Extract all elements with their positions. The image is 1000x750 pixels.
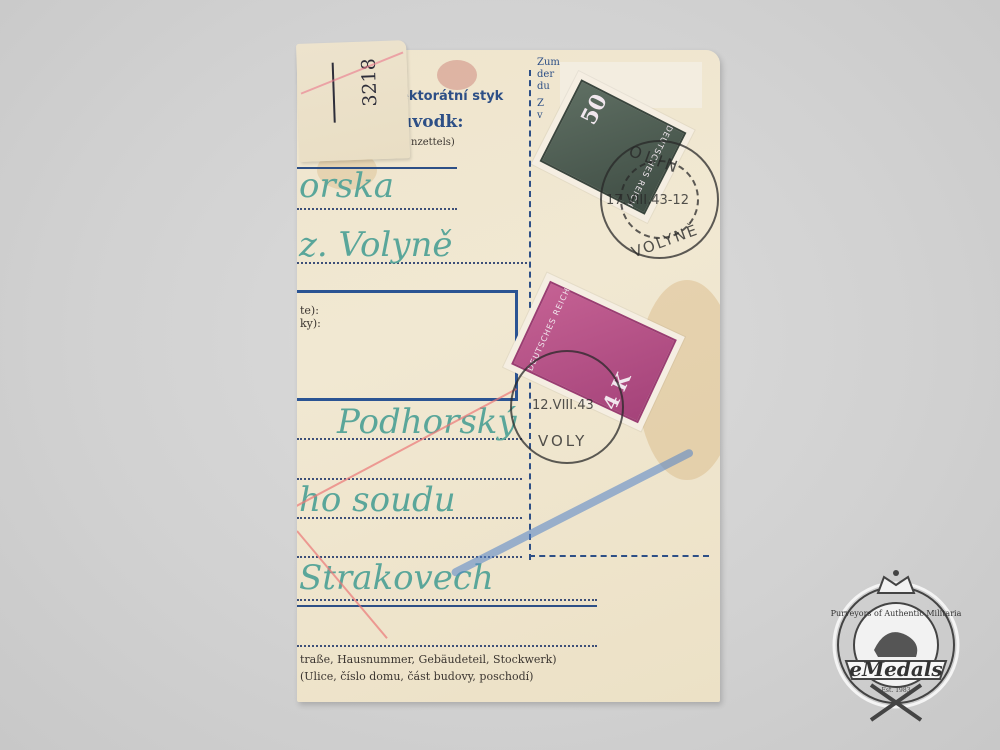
- watermark-brand: eMedals: [826, 657, 966, 681]
- dotted-line: [297, 645, 597, 647]
- header-line1: ektorátní styk: [400, 89, 503, 104]
- right-fragment-2: der: [537, 69, 554, 80]
- watermark-established: Est. 1983: [826, 687, 966, 694]
- emedals-watermark: Purveyors of Authentic Militaria eMedals…: [826, 565, 966, 725]
- handwriting-line1: orska: [299, 166, 394, 206]
- blue-crayon-stroke: [450, 448, 694, 578]
- divider: [297, 605, 597, 607]
- footer-line2: (Ulice, číslo domu, část budovy, poschod…: [300, 670, 533, 683]
- stamp-area-border: [529, 555, 709, 557]
- address-box: [297, 290, 518, 401]
- dotted-line: [297, 208, 457, 210]
- postmark-bottom-text: VOLY: [538, 432, 587, 450]
- right-fragment-4: Z: [537, 98, 544, 109]
- right-fragment-3: du: [537, 81, 550, 92]
- box-label-1: te):: [300, 304, 319, 317]
- green-stamp-value: 50: [576, 90, 613, 129]
- postmark-top-date: 17.VIII.43-12: [606, 193, 689, 208]
- watermark-ring-text: Purveyors of Authentic Militaria: [826, 609, 966, 618]
- label-slip: 3218: [296, 40, 410, 162]
- header-line3: nzettels): [411, 137, 455, 148]
- postmark-bottom-date: 12.VIII.43: [532, 398, 594, 413]
- right-fragment-1: Zum: [537, 57, 560, 68]
- stain: [437, 60, 477, 90]
- box-label-2: ky):: [300, 317, 321, 330]
- slip-bar: [332, 63, 336, 123]
- handwriting-line2: z. Volyně: [299, 225, 453, 265]
- right-fragment-5: v: [537, 110, 543, 121]
- handwriting-line4: ho soudu: [299, 480, 456, 520]
- dotted-line: [297, 599, 597, 601]
- red-pencil-stroke: [301, 51, 404, 94]
- header-line2: ůvodk:: [400, 112, 464, 132]
- emedals-crest-icon: [826, 565, 966, 725]
- footer-line1: traße, Hausnummer, Gebäudeteil, Stockwer…: [300, 653, 557, 666]
